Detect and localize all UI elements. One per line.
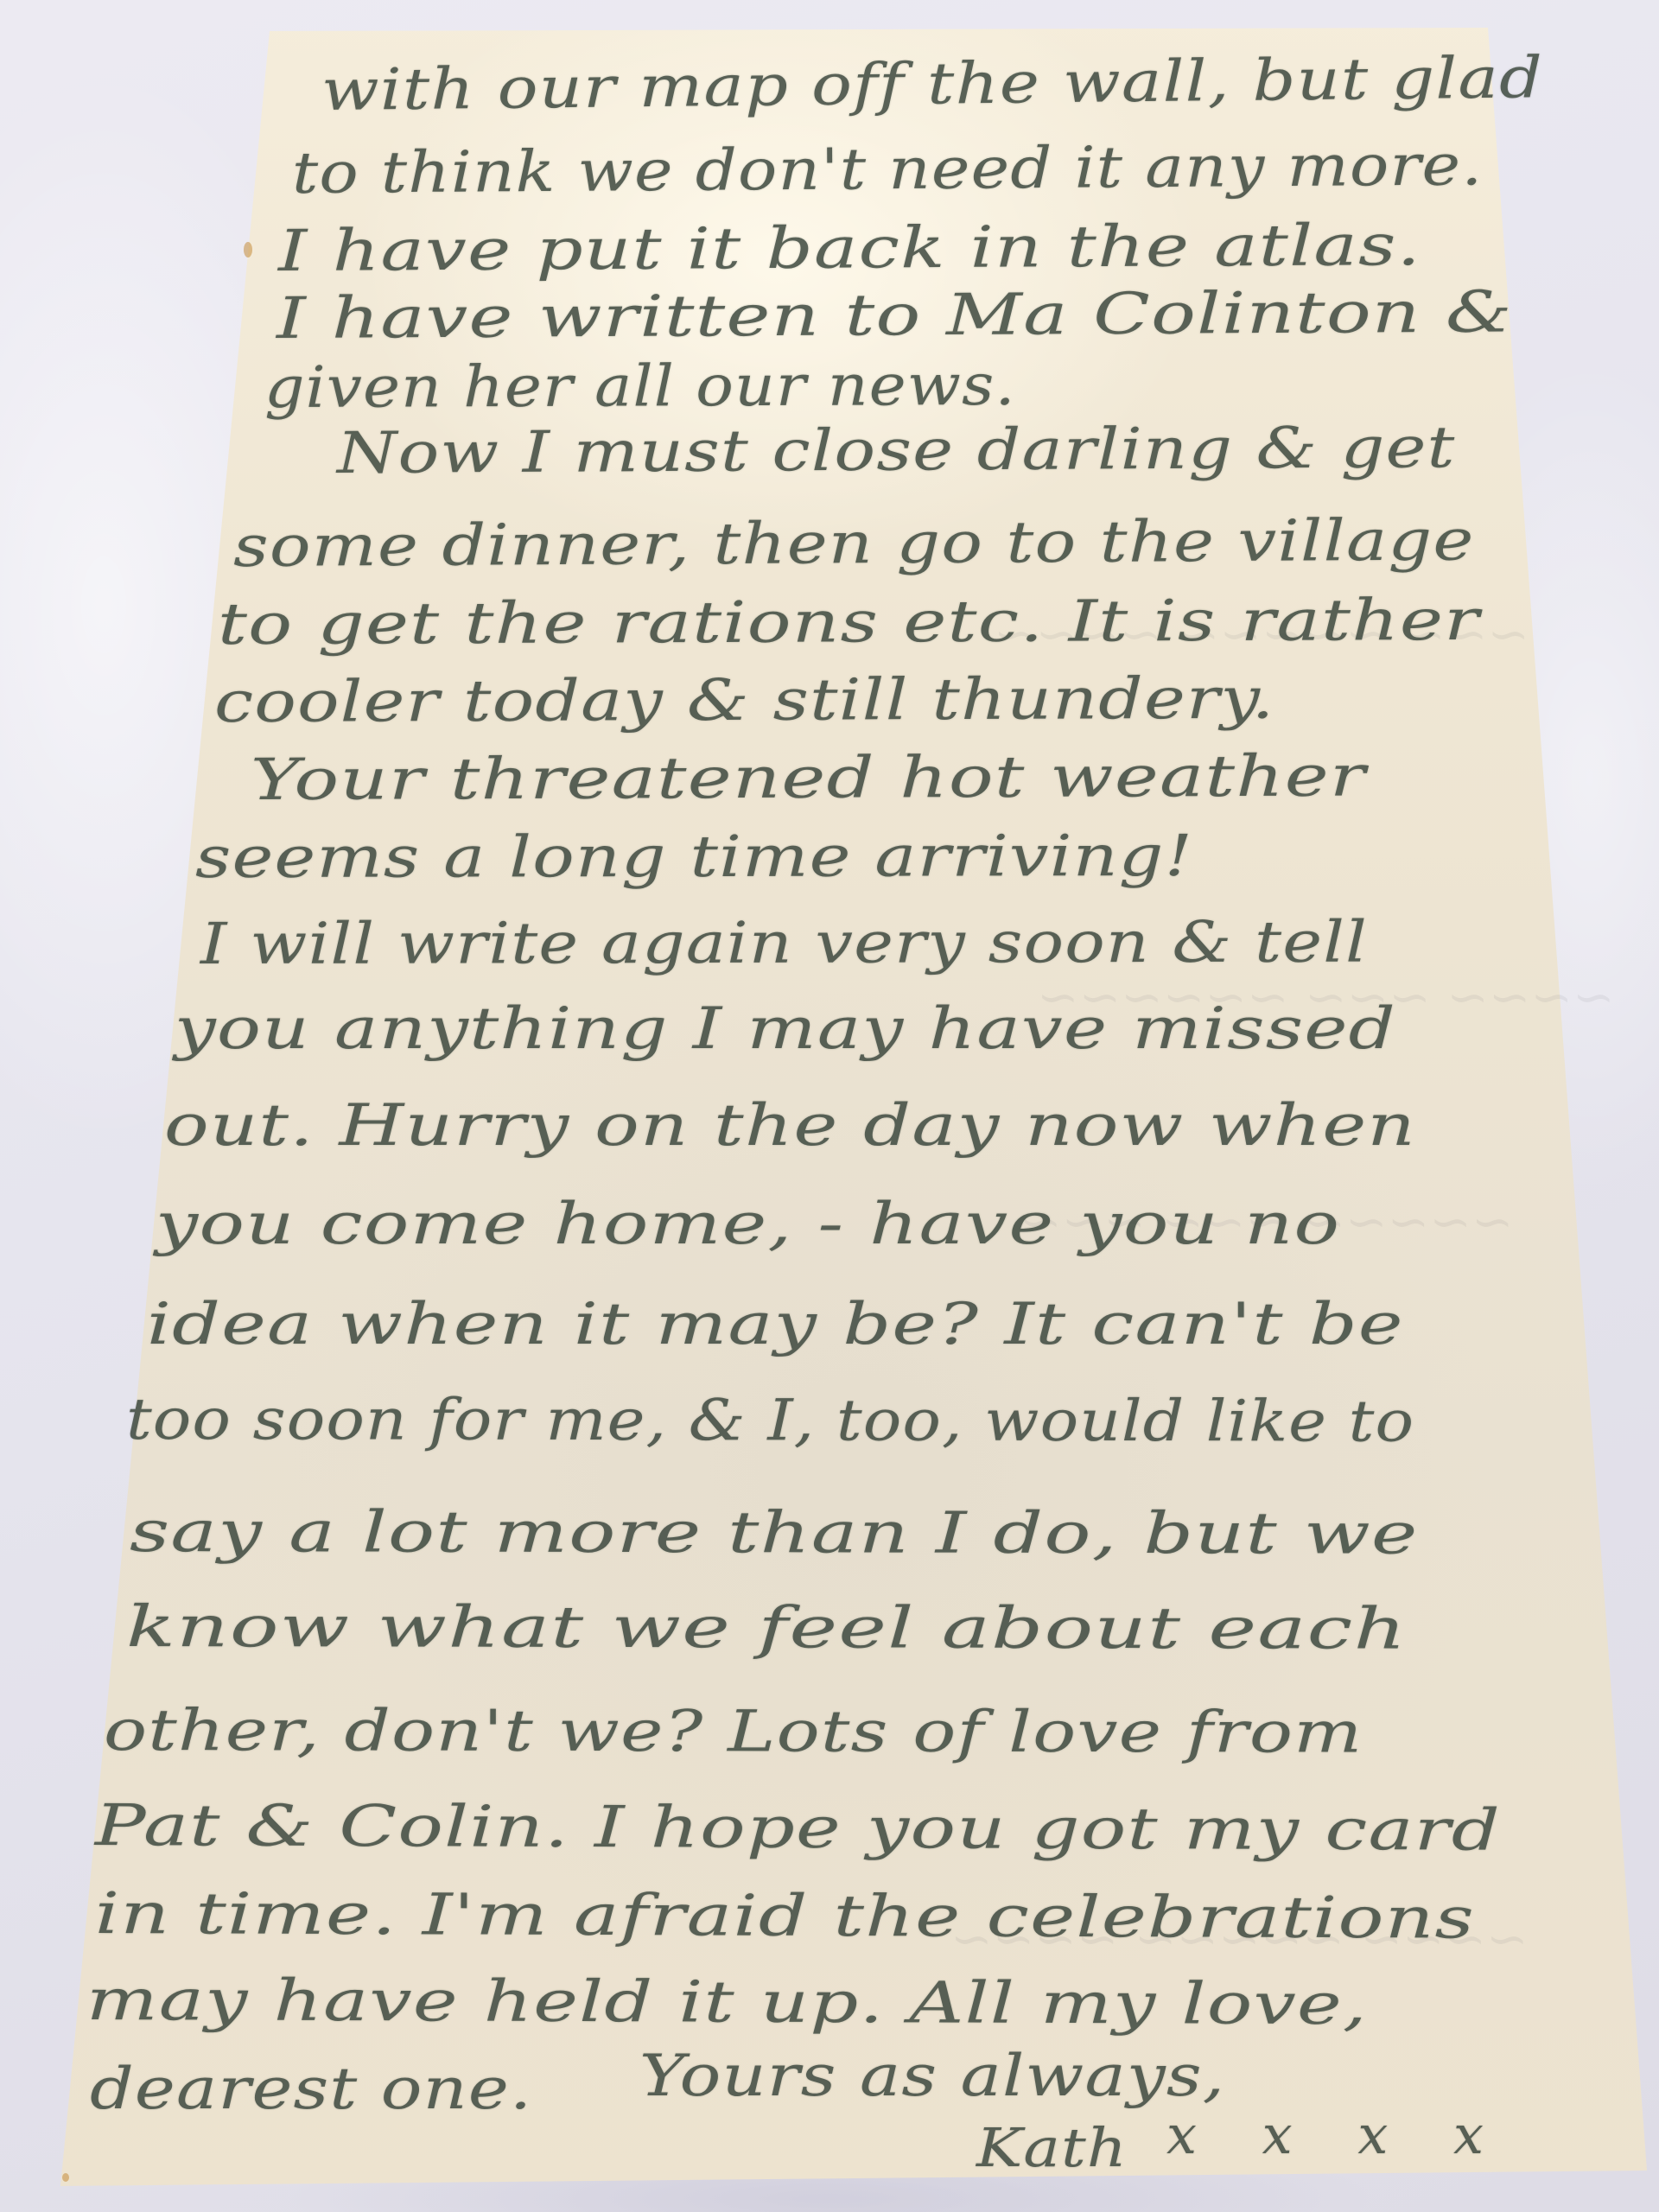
letter-line: given her all our news. xyxy=(264,357,1016,416)
letter-line: I have put it back in the atlas. xyxy=(278,217,1421,280)
signature-kisses: x x x x xyxy=(1166,2108,1508,2162)
letter-line: you come home, - have you no xyxy=(156,1196,1340,1253)
signature: Kath xyxy=(976,2121,1128,2175)
letter-line: idea when it may be? It can't be xyxy=(147,1296,1404,1353)
letter-line: Pat & Colin. I hope you got my card xyxy=(95,1797,1501,1859)
letter-line: out. Hurry on the day now when xyxy=(164,1097,1416,1154)
paper-stain-bottom-left xyxy=(62,2173,69,2182)
letter-line: to get the rations etc. It is rather xyxy=(218,592,1480,653)
letter-line: other, don't we? Lots of love from xyxy=(104,1702,1363,1762)
letter-line: too soon for me, & I, too, would like to xyxy=(126,1391,1414,1451)
letter-line: cooler today & still thundery. xyxy=(214,671,1275,731)
paper-stain-top-left xyxy=(244,242,252,257)
letter-line: to think we don't need it any more. xyxy=(292,137,1484,202)
closing-yours: Yours as always, xyxy=(639,2048,1225,2105)
letter-line: Now I must close darling & get xyxy=(337,419,1456,482)
letter-line: you anything I may have missed xyxy=(175,1001,1396,1058)
closing-salutation: dearest one. xyxy=(90,2061,532,2118)
letter-line: Your threatened hot weather xyxy=(251,747,1366,809)
letter-line: say a lot more than I do, but we xyxy=(130,1503,1419,1563)
letter-line: may have held it up. All my love, xyxy=(86,1972,1368,2033)
letter-line: with our map off the wall, but glad xyxy=(321,49,1544,119)
letter-line: I will write again very soon & tell xyxy=(200,914,1368,973)
letter-line: I have written to Ma Colinton & xyxy=(276,284,1513,347)
letter-line: know what we feel about each xyxy=(126,1599,1408,1658)
letter-line: seems a long time arriving! xyxy=(195,828,1193,887)
letter-line: some dinner, then go to the village xyxy=(233,512,1475,575)
letter-line: in time. I'm afraid the celebrations xyxy=(95,1885,1475,1948)
